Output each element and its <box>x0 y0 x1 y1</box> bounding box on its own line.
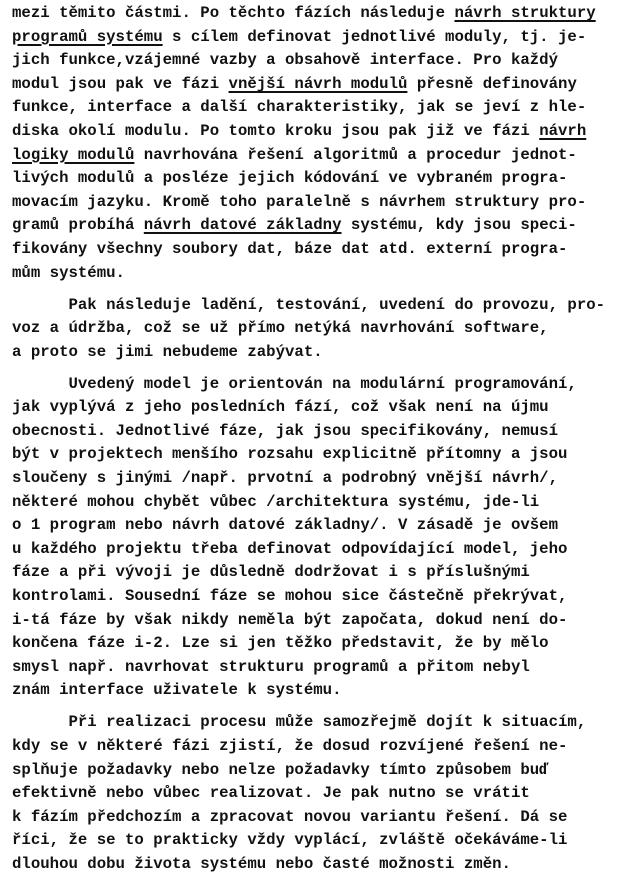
paragraph: Pak následuje ladění, testování, uvedení… <box>12 294 626 365</box>
text-line: kdy se v některé fázi zjistí, že dosud r… <box>12 735 626 759</box>
text-segment: movacím jazyku. Kromě toho paralelně s n… <box>12 193 586 211</box>
text-segment: gramů probíhá <box>12 216 144 234</box>
text-segment: Pak následuje ladění, testování, uvedení… <box>12 296 605 314</box>
text-line: funkce, interface a další charakteristik… <box>12 96 626 120</box>
text-segment: obecnosti. Jednotlivé fáze, jak jsou spe… <box>12 422 558 440</box>
text-line: fáze a při vývoji je důsledně dodržovat … <box>12 561 626 585</box>
text-segment: livých modulů a posléze jejich kódování … <box>12 169 567 187</box>
text-line: smysl např. navrhovat strukturu programů… <box>12 656 626 680</box>
text-segment: sloučeny s jinými /např. prvotní a podro… <box>12 469 558 487</box>
text-segment: funkce, interface a další charakteristik… <box>12 98 586 116</box>
text-segment: smysl např. navrhovat strukturu programů… <box>12 658 530 676</box>
text-segment: jak vyplývá z jeho posledních fází, což … <box>12 398 549 416</box>
text-line: mům systému. <box>12 262 626 286</box>
text-line: i-tá fáze by však nikdy neměla být započ… <box>12 609 626 633</box>
text-segment: navrhována řešení algoritmů a procedur j… <box>134 146 576 164</box>
text-line: a proto se jimi nebudeme zabývat. <box>12 341 626 365</box>
paragraph: mezi těmito částmi. Po těchto fázích nás… <box>12 2 626 285</box>
text-line: gramů probíhá návrh datové základny syst… <box>12 214 626 238</box>
text-segment: znám interface uživatele k systému. <box>12 681 342 699</box>
text-line: voz a údržba, což se už přímo netýká nav… <box>12 317 626 341</box>
text-line: jich funkce,vzájemné vazby a obsahově in… <box>12 49 626 73</box>
text-segment: systému, kdy jsou speci- <box>342 216 577 234</box>
text-line: livých modulů a posléze jejich kódování … <box>12 167 626 191</box>
typewritten-document-page: mezi těmito částmi. Po těchto fázích nás… <box>12 2 626 877</box>
text-segment: přesně definovány <box>407 75 576 93</box>
text-line: o 1 program nebo návrh datové základny/.… <box>12 514 626 538</box>
text-line: jak vyplývá z jeho posledních fází, což … <box>12 396 626 420</box>
text-segment: i-tá fáze by však nikdy neměla být započ… <box>12 611 567 629</box>
underlined-term: logiky modulů <box>12 146 134 164</box>
underlined-term: vnější návrh modulů <box>229 75 408 93</box>
text-line: splňuje požadavky nebo nelze požadavky t… <box>12 759 626 783</box>
text-line: k fázím předchozím a zpracovat novou var… <box>12 806 626 830</box>
text-segment: říci, že se to prakticky vždy vyplácí, z… <box>12 831 567 849</box>
text-line: efektivně nebo vůbec realizovat. Je pak … <box>12 782 626 806</box>
text-line: programů systému s cílem definovat jedno… <box>12 26 626 50</box>
text-segment: Uvedený model je orientován na modulární… <box>12 375 577 393</box>
text-segment: kdy se v některé fázi zjistí, že dosud r… <box>12 737 567 755</box>
text-line: říci, že se to prakticky vždy vyplácí, z… <box>12 829 626 853</box>
text-segment: voz a údržba, což se už přímo netýká nav… <box>12 319 549 337</box>
text-line: u každého projektu třeba definovat odpov… <box>12 538 626 562</box>
text-line: být v projektech menšího rozsahu explici… <box>12 443 626 467</box>
text-line: diska okolí modulu. Po tomto kroku jsou … <box>12 120 626 144</box>
paragraph: Uvedený model je orientován na modulární… <box>12 373 626 703</box>
text-segment: efektivně nebo vůbec realizovat. Je pak … <box>12 784 530 802</box>
text-segment: dlouhou dobu života systému nebo časté m… <box>12 855 511 873</box>
text-line: modul jsou pak ve fázi vnější návrh modu… <box>12 73 626 97</box>
text-segment: splňuje požadavky nebo nelze požadavky t… <box>12 761 549 779</box>
text-line: sloučeny s jinými /např. prvotní a podro… <box>12 467 626 491</box>
text-segment: fikovány všechny soubory dat, báze dat a… <box>12 240 567 258</box>
text-line: znám interface uživatele k systému. <box>12 679 626 703</box>
underlined-term: programů systému <box>12 28 163 46</box>
text-line: Uvedený model je orientován na modulární… <box>12 373 626 397</box>
text-line: logiky modulů navrhována řešení algoritm… <box>12 144 626 168</box>
text-segment: končena fáze i-2. Lze si jen těžko předs… <box>12 634 549 652</box>
text-segment: být v projektech menšího rozsahu explici… <box>12 445 567 463</box>
text-segment: jich funkce,vzájemné vazby a obsahově in… <box>12 51 558 69</box>
text-line: movacím jazyku. Kromě toho paralelně s n… <box>12 191 626 215</box>
text-segment: Při realizaci procesu může samozřejmě do… <box>12 713 586 731</box>
underlined-term: návrh struktury <box>454 4 595 22</box>
text-segment: u každého projektu třeba definovat odpov… <box>12 540 567 558</box>
text-line: fikovány všechny soubory dat, báze dat a… <box>12 238 626 262</box>
text-segment: mům systému. <box>12 264 125 282</box>
text-segment: modul jsou pak ve fázi <box>12 75 229 93</box>
text-segment: fáze a při vývoji je důsledně dodržovat … <box>12 563 530 581</box>
text-segment: mezi těmito částmi. Po těchto fázích nás… <box>12 4 454 22</box>
text-segment: některé mohou chybět vůbec /architektura… <box>12 493 539 511</box>
text-line: mezi těmito částmi. Po těchto fázích nás… <box>12 2 626 26</box>
text-line: obecnosti. Jednotlivé fáze, jak jsou spe… <box>12 420 626 444</box>
text-segment: o 1 program nebo návrh datové základny/.… <box>12 516 558 534</box>
text-line: dlouhou dobu života systému nebo časté m… <box>12 853 626 877</box>
underlined-term: návrh <box>539 122 586 140</box>
text-segment: diska okolí modulu. Po tomto kroku jsou … <box>12 122 539 140</box>
paragraph: Při realizaci procesu může samozřejmě do… <box>12 711 626 876</box>
text-line: Pak následuje ladění, testování, uvedení… <box>12 294 626 318</box>
text-line: některé mohou chybět vůbec /architektura… <box>12 491 626 515</box>
text-segment: k fázím předchozím a zpracovat novou var… <box>12 808 567 826</box>
text-segment: s cílem definovat jednotlivé moduly, tj.… <box>163 28 587 46</box>
underlined-term: návrh datové základny <box>144 216 342 234</box>
text-segment: a proto se jimi nebudeme zabývat. <box>12 343 323 361</box>
text-line: Při realizaci procesu může samozřejmě do… <box>12 711 626 735</box>
text-line: končena fáze i-2. Lze si jen těžko předs… <box>12 632 626 656</box>
text-line: kontrolami. Sousední fáze se mohou sice … <box>12 585 626 609</box>
text-segment: kontrolami. Sousední fáze se mohou sice … <box>12 587 567 605</box>
